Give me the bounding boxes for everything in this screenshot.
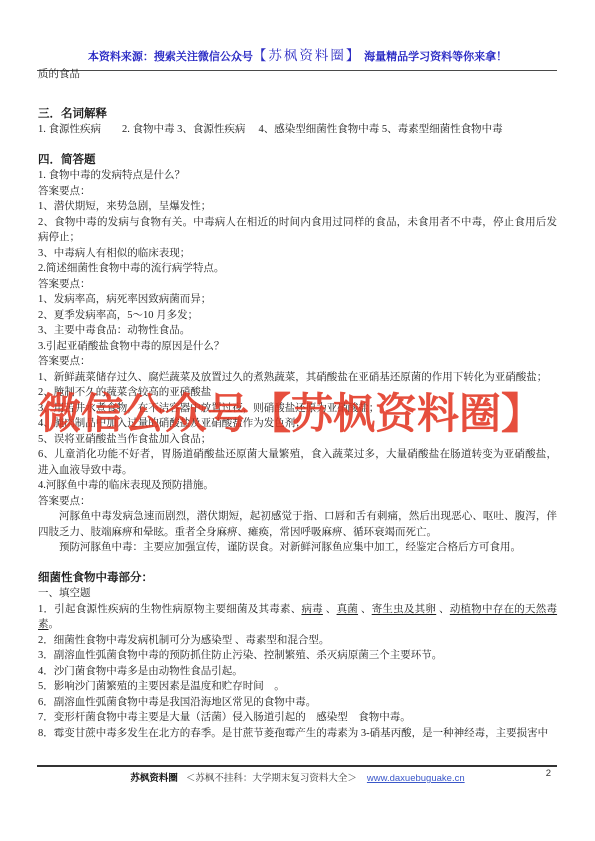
- answer-point: 6、儿童消化功能不好者，胃肠道硝酸盐还原菌大量繁殖，食入蔬菜过多，大量硝酸盐在肠…: [38, 447, 557, 478]
- fill-blank-item: 6．副溶血性弧菌食物中毒是我国沿海地区常见的食物中毒。: [38, 695, 557, 711]
- fill-blank-item: 2．细菌性食物中毒发病机制可分为感染型 、毒素型和混合型。: [38, 633, 557, 649]
- answer-label: 答案要点：: [38, 354, 557, 370]
- footer-tagline: ＜苏枫不挂科：大学期末复习资料大全＞: [186, 773, 357, 784]
- header-brand-text: 【苏枫资料圈】: [253, 48, 362, 63]
- page-number: 2: [546, 768, 551, 779]
- subsection-heading-fill-blank: 一、填空题: [38, 586, 557, 602]
- answer-point: 3、用苦井水煮食物，在不洁容器中放置过夜，则硝酸盐还原为亚硝酸盐；: [38, 401, 557, 417]
- question: 2.简述细菌性食物中毒的流行病学特点。: [38, 261, 557, 277]
- answer-point: 1、发病率高，病死率因致病菌而异；: [38, 292, 557, 308]
- section-heading-bacterial: 细菌性食物中毒部分：: [38, 571, 557, 587]
- fill-blank-item: 7．变形杆菌食物中毒主要是大量（活菌）侵入肠道引起的 感染型 食物中毒。: [38, 710, 557, 726]
- footer-brand: 苏枫资料圈: [130, 773, 178, 784]
- fill-blank-answer: 寄生虫及其卵: [372, 604, 437, 615]
- fill-blank-item: 4．沙门菌食物中毒多是由动物性食品引起。: [38, 664, 557, 680]
- header-source-text: 本资料来源：搜索关注微信公众号: [88, 51, 253, 63]
- header-banner: 本资料来源：搜索关注微信公众号【苏枫资料圈】 海量精品学习资料等你来拿！: [0, 44, 595, 65]
- doc-body: 质的食品三．名词解释1. 食源性疾病 2. 食物中毒 3、食源性疾病 4、感染型…: [38, 67, 557, 741]
- answer-paragraph: 预防河豚鱼中毒：主要应加强宣传，谨防误食。对新鲜河豚鱼应集中加工，经鉴定合格后方…: [38, 540, 557, 556]
- terms-list: 1. 食源性疾病 2. 食物中毒 3、食源性疾病 4、感染型细菌性食物中毒 5、…: [38, 122, 557, 138]
- header-promo-text: 海量精品学习资料等你来拿！: [361, 51, 507, 63]
- answer-point: 2、腌制不久的蔬菜含较高的亚硝酸盐: [38, 385, 557, 401]
- footer: 苏枫资料圈＜苏枫不挂科：大学期末复习资料大全＞www.daxuebuguake.…: [0, 770, 595, 784]
- fill-blank-item: 3．副溶血性弧菌食物中毒的预防抓住防止污染、控制繁殖、杀灭病原菌三个主要环节。: [38, 648, 557, 664]
- answer-paragraph: 河豚鱼中毒发病急速而剧烈，潜伏期短，起初感觉于指、口唇和舌有刺痛，然后出现恶心、…: [38, 509, 557, 540]
- page-carryover-text: 质的食品: [38, 67, 557, 83]
- question: 4.河豚鱼中毒的临床表现及预防措施。: [38, 478, 557, 494]
- answer-point: 2、食物中毒的发病与食物有关。中毒病人在相近的时间内食用过同样的食品，未食用者不…: [38, 215, 557, 246]
- fill-blank-item: 1．引起食源性疾病的生物性病原物主要细菌及其毒素、病毒 、真菌 、寄生虫及其卵 …: [38, 602, 557, 633]
- answer-point: 5、误将亚硝酸盐当作食盐加入食品；: [38, 432, 557, 448]
- footer-link[interactable]: www.daxuebuguake.cn: [367, 773, 465, 784]
- answer-point: 4、腌肉制品中加入过量的硝酸盐及亚硝酸盐作为发色剂；: [38, 416, 557, 432]
- fill-blank-answer: 真菌: [337, 604, 359, 615]
- fill-blank-answer: 病毒: [301, 604, 323, 615]
- section-heading-short-answer: 四．简答题: [38, 153, 557, 169]
- answer-label: 答案要点：: [38, 494, 557, 510]
- question: 1. 食物中毒的发病特点是什么？: [38, 168, 557, 184]
- fill-blank-item: 8．霉变甘蔗中毒多发生在北方的春季。是甘蔗节菱孢霉产生的毒素为 3-硝基丙酸，是…: [38, 726, 557, 742]
- answer-label: 答案要点：: [38, 184, 557, 200]
- footer-divider: [37, 765, 557, 767]
- answer-point: 3、主要中毒食品：动物性食品。: [38, 323, 557, 339]
- answer-point: 3、中毒病人有相似的临床表现；: [38, 246, 557, 262]
- answer-point: 1、潜伏期短，来势急剧，呈爆发性；: [38, 199, 557, 215]
- section-heading-terms: 三．名词解释: [38, 107, 557, 123]
- question: 3.引起亚硝酸盐食物中毒的原因是什么？: [38, 339, 557, 355]
- fill-blank-item: 5．影响沙门菌繁殖的主要因素是温度和贮存时间 。: [38, 679, 557, 695]
- answer-label: 答案要点：: [38, 277, 557, 293]
- document-page: 本资料来源：搜索关注微信公众号【苏枫资料圈】 海量精品学习资料等你来拿！ 质的食…: [0, 0, 595, 841]
- answer-point: 2、夏季发病率高，5～10 月多发；: [38, 308, 557, 324]
- answer-point: 1、新鲜蔬菜储存过久、腐烂蔬菜及放置过久的煮熟蔬菜，其硝酸盐在亚硝基还原菌的作用…: [38, 370, 557, 386]
